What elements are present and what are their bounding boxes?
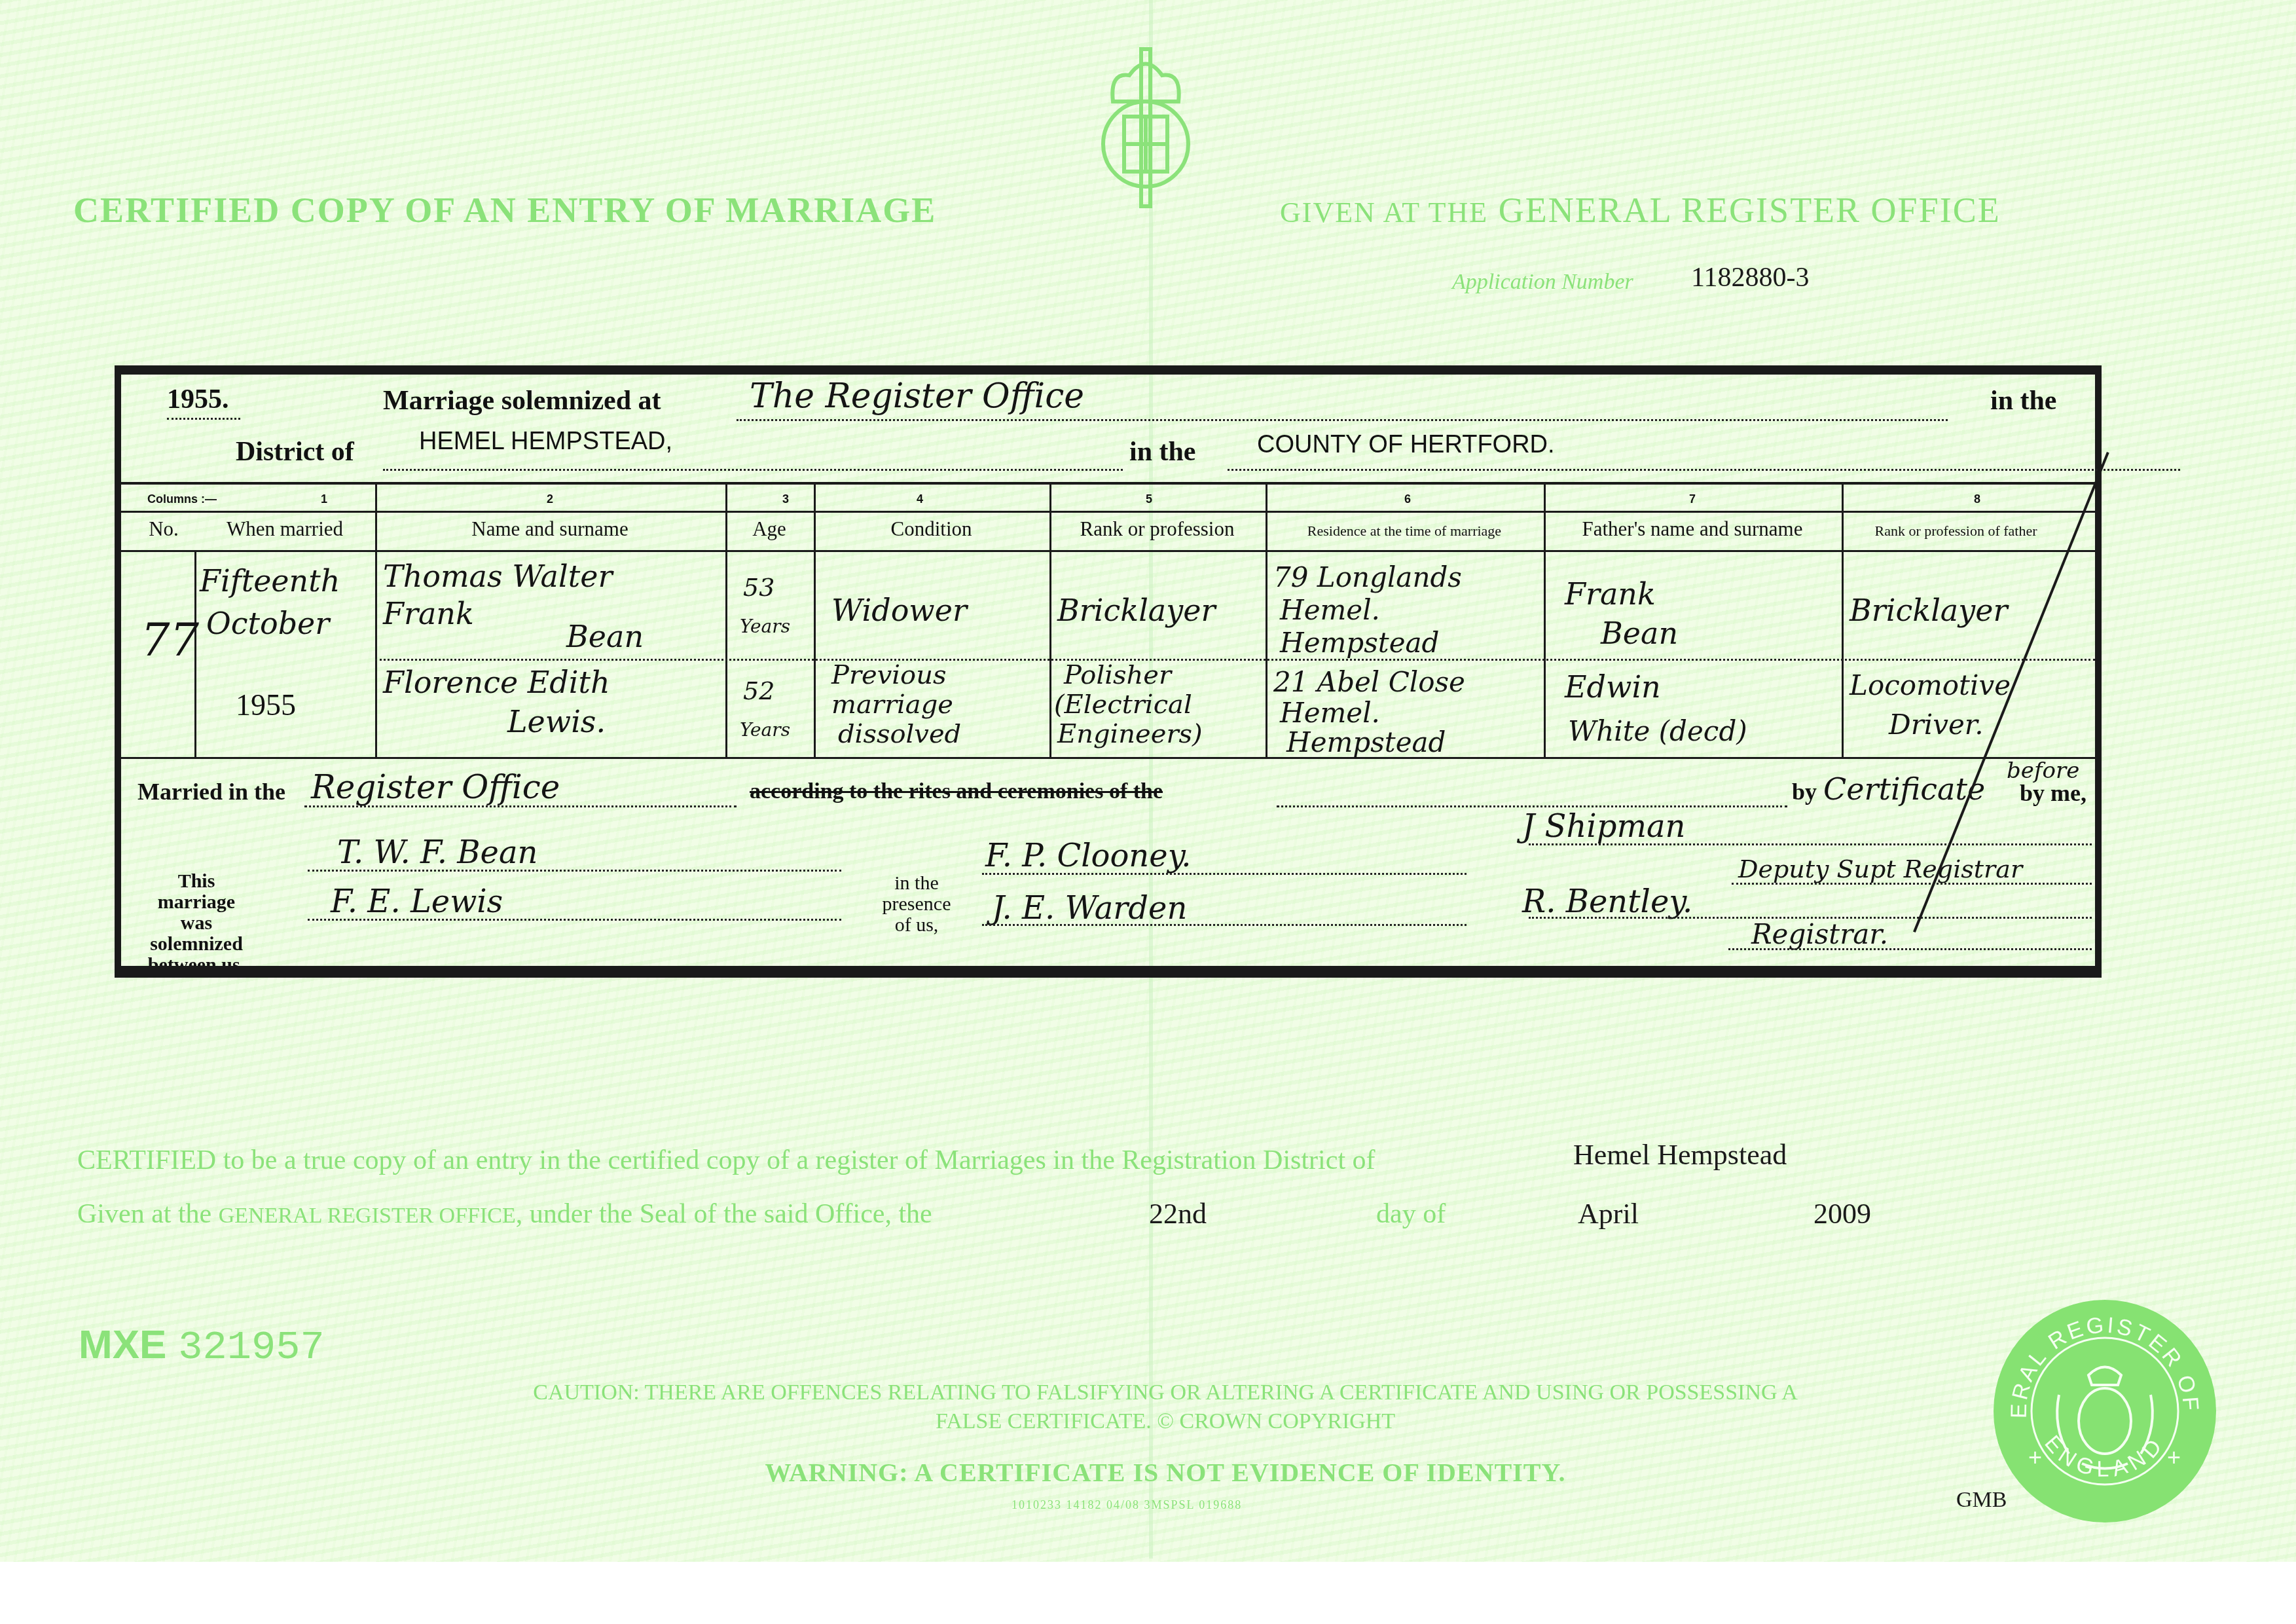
application-number-label: Application Number — [1452, 270, 1633, 295]
certificate-title: CERTIFIED COPY OF AN ENTRY OF MARRIAGE — [73, 190, 936, 231]
day-of-label: day of — [1376, 1198, 1446, 1230]
bride-residence-line3: Hempstead — [1286, 724, 1446, 762]
party-signature-bride: F. E. Lewis — [331, 883, 503, 921]
register-top-rule — [121, 365, 2095, 375]
entry-number: 77 — [141, 621, 199, 659]
groom-father-line1: Frank — [1565, 575, 1656, 613]
party-signature-groom: T. W. F. Bean — [337, 834, 538, 872]
issuer-initials: GMB — [1956, 1488, 2007, 1513]
groom-father-line2: Bean — [1601, 614, 1678, 652]
certification-day: 22nd — [1149, 1197, 1207, 1230]
in-the-label-2: in the — [1129, 436, 1196, 468]
column-header-no: No. — [134, 517, 193, 541]
certification-month: April — [1578, 1197, 1639, 1230]
groom-father-profession: Bricklayer — [1850, 591, 2007, 629]
certification-statement: CERTIFIED to be a true copy of an entry … — [77, 1145, 1376, 1176]
solemnized-label: This marriage was solemnized between us, — [141, 871, 252, 976]
witness-signature-1: F. P. Clooney. — [985, 837, 1192, 875]
bride-condition-line3: dissolved — [838, 719, 961, 749]
scan-margin — [0, 1562, 2296, 1624]
when-married-year: 1955 — [236, 686, 296, 724]
bride-father-line2: White (decd) — [1568, 712, 1747, 750]
witness-signature-2: J. E. Warden — [992, 889, 1187, 927]
bride-condition-line1: Previous — [831, 660, 946, 690]
in-the-label-1: in the — [1990, 385, 2057, 416]
given-at-statement: Given at the General Register Office, un… — [77, 1198, 932, 1230]
rites-label: according to the rites and ceremonies of… — [750, 779, 1163, 804]
groom-name-line3: Bean — [566, 618, 644, 655]
groom-profession: Bricklayer — [1057, 591, 1215, 629]
presence-label: in the presence of us, — [881, 873, 953, 936]
groom-name-line2: Frank — [383, 595, 474, 633]
bride-father-profession-line2: Driver. — [1889, 706, 1984, 744]
district-label: District of — [236, 436, 354, 468]
certificate-serial: MXE321957 — [79, 1321, 325, 1371]
married-in-value: Register Office — [311, 768, 560, 806]
county-value: COUNTY OF HERTFORD. — [1257, 431, 1555, 459]
bride-profession-line3: Engineers) — [1057, 719, 1203, 749]
bride-profession-line2: (Electrical — [1054, 690, 1192, 720]
groom-name-line1: Thomas Walter — [383, 557, 612, 595]
certification-year: 2009 — [1813, 1197, 1871, 1230]
when-married-month: October — [206, 604, 329, 642]
column-header-age: Age — [727, 517, 812, 541]
warning-notice: WARNING: A CERTIFICATE IS NOT EVIDENCE O… — [445, 1457, 1886, 1488]
groom-residence-line3: Hempstead — [1280, 624, 1439, 662]
register-entry: 1955. Marriage solemnized at The Registe… — [115, 365, 2102, 978]
marriage-place: The Register Office — [750, 377, 1084, 415]
svg-text:+: + — [2028, 1444, 2042, 1471]
certification-district: Hemel Hempstead — [1573, 1138, 1787, 1172]
column-header-rank: Rank or profession — [1051, 517, 1264, 541]
bride-name-line2: Lewis. — [507, 703, 606, 741]
caution-notice: CAUTION: THERE ARE OFFENCES RELATING TO … — [445, 1378, 1886, 1436]
royal-coat-of-arms-icon — [1090, 46, 1201, 216]
register-year: 1955. — [167, 384, 229, 415]
print-code: 1010233 14182 04/08 3MSPSL 019688 — [1011, 1498, 1242, 1512]
bride-father-line1: Edwin — [1565, 668, 1661, 706]
by-label: by — [1792, 778, 1817, 805]
officiant-signature-1: J Shipman — [1522, 807, 1685, 845]
register-bottom-rule — [121, 966, 2095, 978]
column-header-when-married: When married — [196, 517, 373, 541]
officiant-signature-2: R. Bentley. — [1522, 883, 1692, 921]
marriage-solemnized-label: Marriage solemnized at — [383, 385, 661, 416]
svg-text:+: + — [2167, 1444, 2181, 1471]
district-value: HEMEL HEMPSTEAD, — [419, 428, 672, 456]
column-header-residence: Residence at the time of marriage — [1267, 523, 1542, 540]
column-header-name: Name and surname — [376, 517, 723, 541]
column-header-father-rank: Rank or profession of father — [1843, 523, 2069, 540]
bride-name-line1: Florence Edith — [383, 663, 610, 701]
bride-age-unit: Years — [740, 711, 790, 749]
groom-age: 53 — [743, 568, 774, 606]
bride-age: 52 — [743, 672, 774, 710]
column-header-condition: Condition — [815, 517, 1048, 541]
married-in-label: Married in the — [137, 778, 285, 805]
issuer-title: Given at the GENERAL REGISTER OFFICE — [1280, 190, 2001, 231]
columns-label: Columns :— — [147, 492, 217, 506]
groom-age-unit: Years — [740, 608, 790, 646]
bride-condition-line2: marriage — [831, 690, 953, 720]
column-header-father: Father's name and surname — [1545, 517, 1840, 541]
seal-coat-of-arms-icon: GENERAL REGISTER OFFICE ENGLAND + + — [1990, 1297, 2219, 1526]
by-me-label: by me, — [2020, 779, 2086, 807]
application-number-value: 1182880-3 — [1691, 262, 1809, 293]
bride-profession-line1: Polisher — [1064, 660, 1171, 690]
when-married-day: Fifteenth — [200, 562, 340, 600]
by-value: Certificate — [1823, 770, 1985, 808]
groom-condition: Widower — [831, 591, 967, 629]
bride-father-profession-line1: Locomotive — [1850, 667, 2011, 705]
